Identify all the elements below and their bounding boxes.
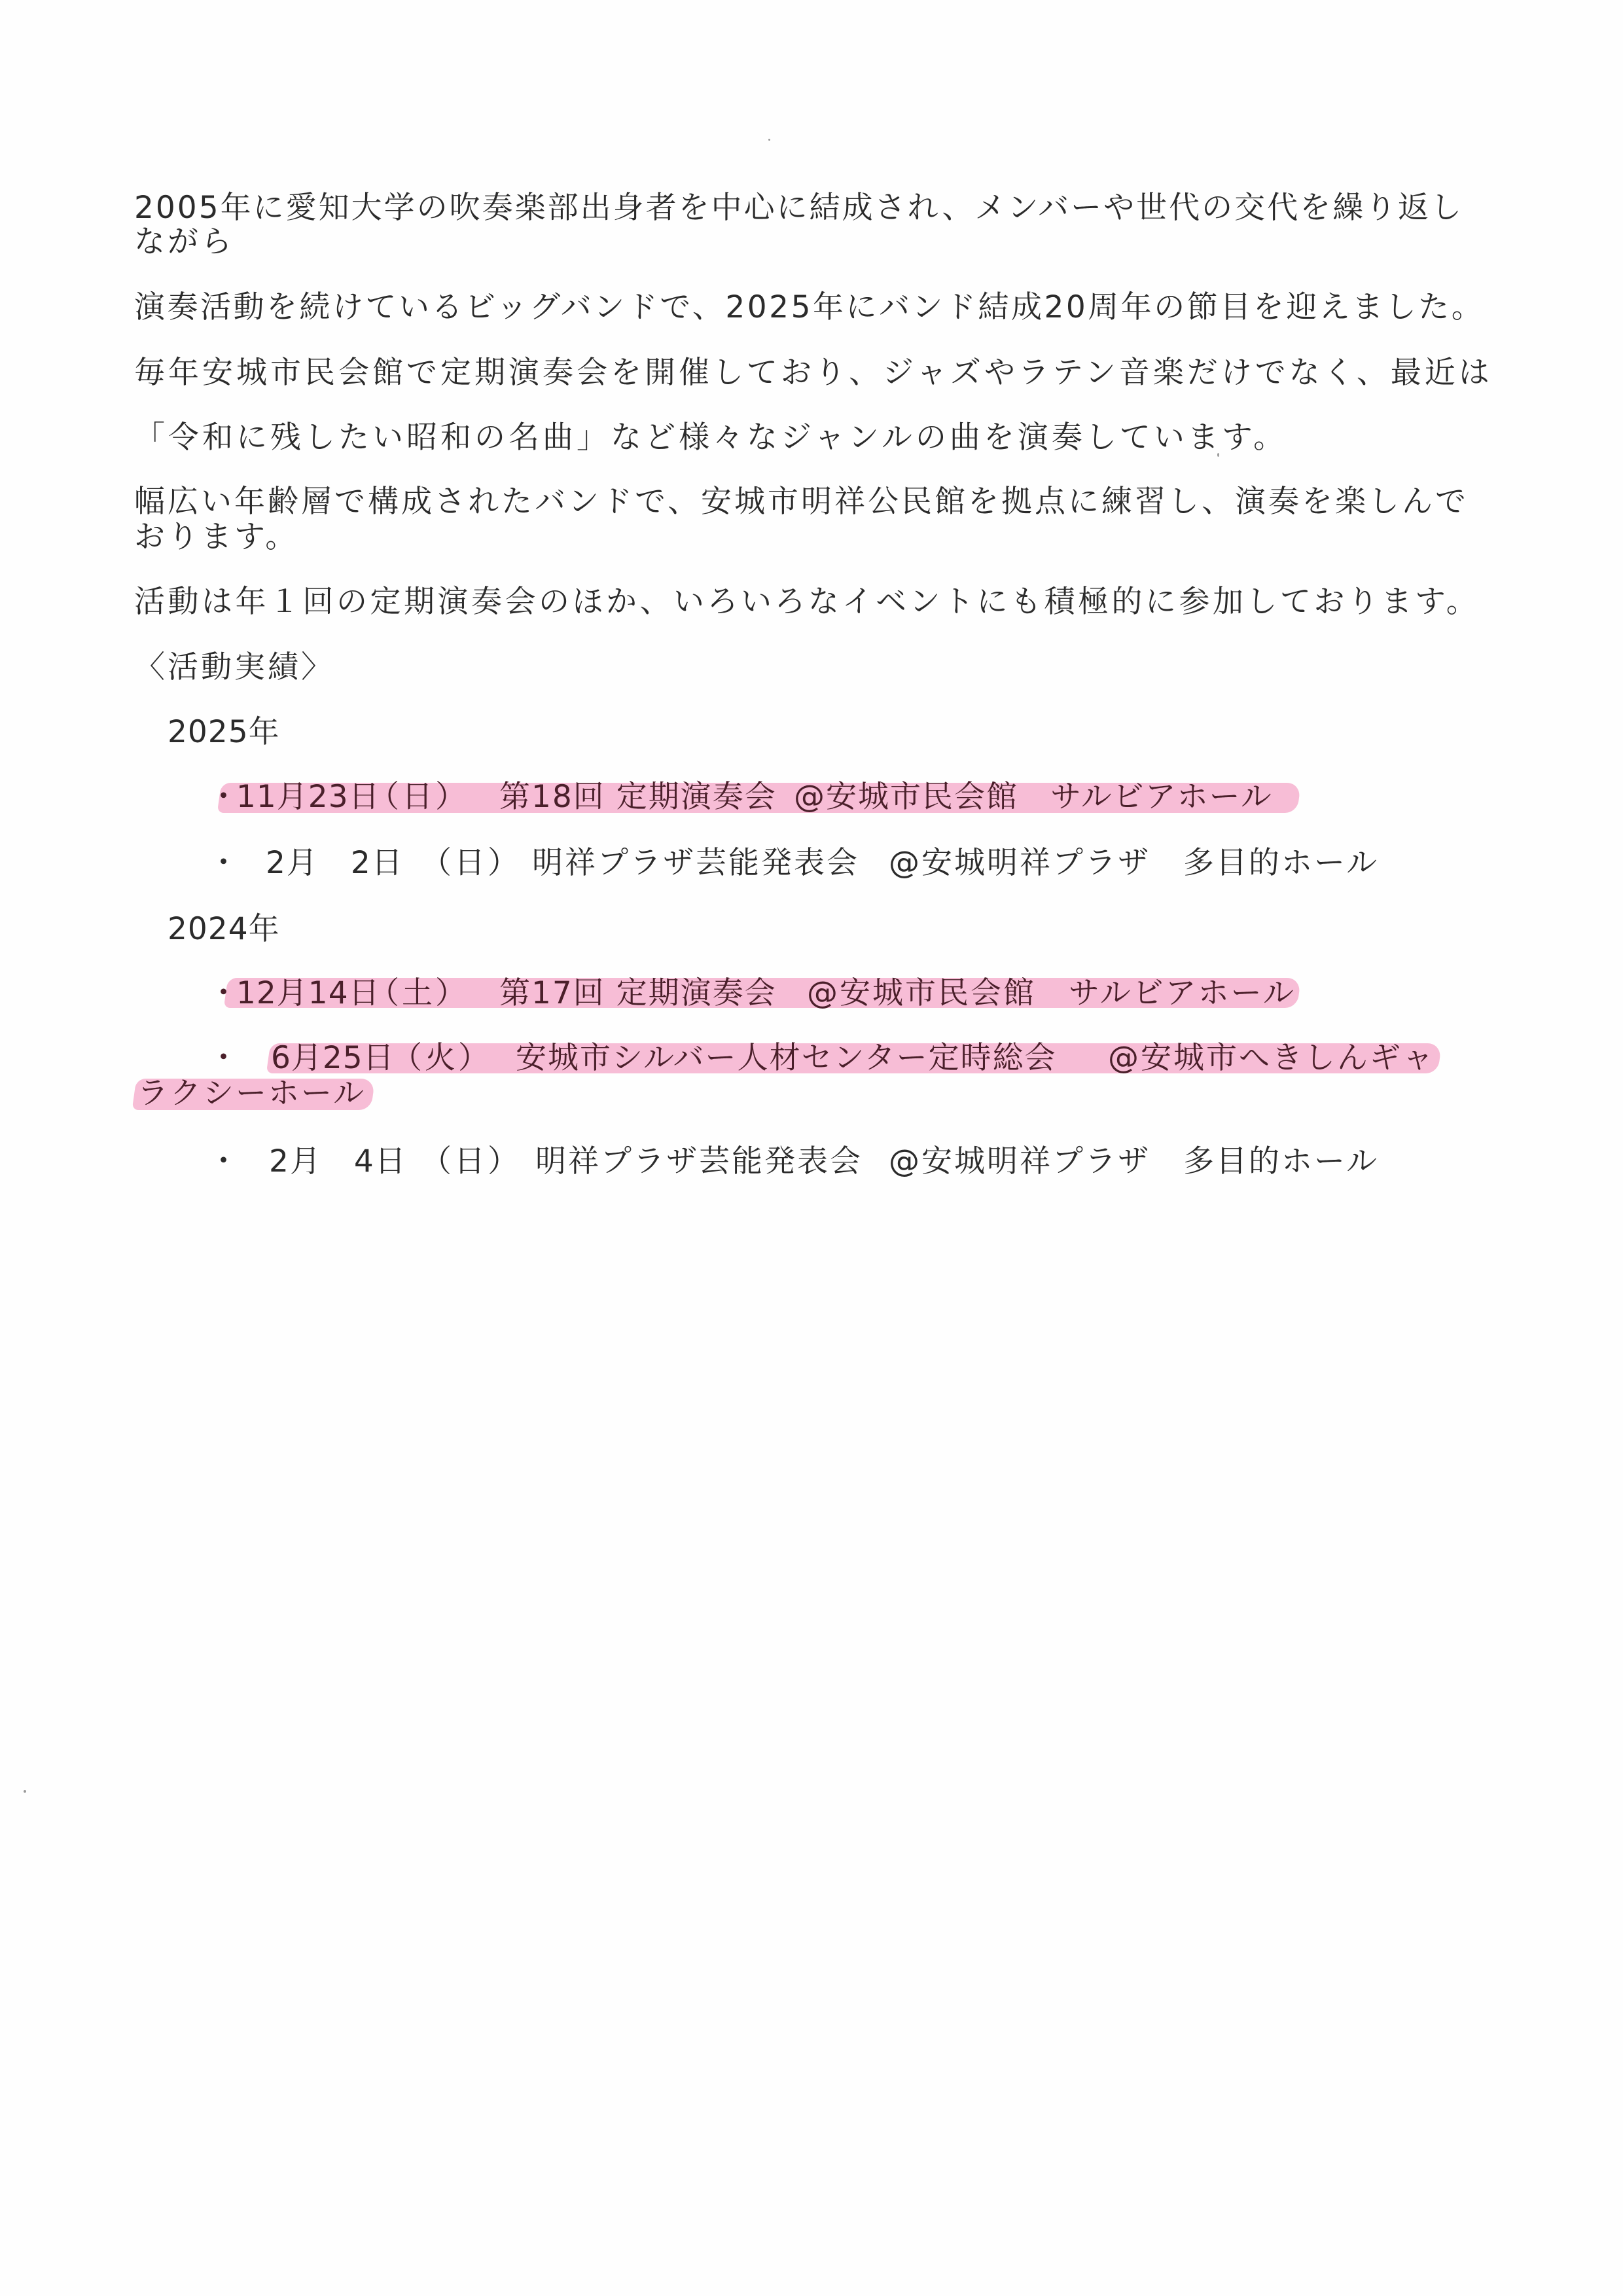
event-venue-continued: ラクシーホール <box>137 1075 366 1112</box>
event-title: 安城市シルバー人材センター定時総会 <box>516 1040 1057 1077</box>
event-venue: @安城市へきしんギャ <box>1108 1040 1435 1077</box>
intro-line-5: 幅広い年齢層で構成されたバンドで、安城市明祥公民館を拠点に練習し、演奏を楽しんで <box>134 484 1469 520</box>
event-row: ・ 2月 4日 （日） 明祥プラザ芸能発表会 @安城明祥プラザ 多目的ホール <box>208 1143 1386 1180</box>
event-title: 第18回 定期演奏会 <box>499 779 777 816</box>
scan-speck <box>1217 453 1219 457</box>
event-weekday: （土） <box>368 975 469 1012</box>
event-venue: @安城明祥プラザ 多目的ホール <box>889 845 1379 882</box>
event-row: ・ 12月14日 （土） 第17回 定期演奏会 @安城市民会館 サルビアホール <box>208 975 1386 1012</box>
event-weekday: （火） <box>391 1040 491 1077</box>
event-title: 第17回 定期演奏会 <box>499 975 777 1012</box>
event-date: 2月 4日 <box>269 1143 407 1180</box>
scanned-page: 2005年に愛知大学の吹奏楽部出身者を中心に結成され、メンバーや世代の交代を繰り… <box>0 0 1623 2296</box>
year-heading-2025: 2025年 <box>168 714 280 751</box>
bullet: ・ <box>208 845 241 882</box>
event-date: 2月 2日 <box>266 845 404 882</box>
event-title: 明祥プラザ芸能発表会 <box>532 845 859 882</box>
event-row: ・ 11月23日 （日） 第18回 定期演奏会 @安城市民会館 サルビアホール <box>208 779 1321 816</box>
event-row: ・ 2月 2日 （日） 明祥プラザ芸能発表会 @安城明祥プラザ 多目的ホール <box>208 845 1386 882</box>
event-venue: @安城明祥プラザ 多目的ホール <box>889 1143 1379 1180</box>
scan-speck <box>768 139 770 141</box>
intro-line-4: 「令和に残したい昭和の名曲」など様々なジャンルの曲を演奏しています。 <box>134 420 1287 456</box>
event-weekday: （日） <box>368 779 469 816</box>
event-venue: @安城市民会館 サルビアホール <box>794 779 1273 816</box>
bullet: ・ <box>208 1040 241 1077</box>
event-venue: @安城市民会館 サルビアホール <box>807 975 1296 1012</box>
event-row: ・ 6月25日 （火） 安城市シルバー人材センター定時総会 @安城市へきしんギャ <box>208 1040 1452 1077</box>
event-weekday: （日） <box>421 1143 521 1180</box>
intro-line-5-cont: おります。 <box>134 519 298 556</box>
event-date: 11月23日 <box>236 779 380 816</box>
event-title: 明祥プラザ芸能発表会 <box>535 1143 863 1180</box>
scan-speck <box>24 1790 26 1793</box>
intro-line-1-cont: ながら <box>134 224 234 260</box>
intro-line-2: 演奏活動を続けているビッグバンドで、2025年にバンド結成20周年の節目を迎えま… <box>134 289 1484 326</box>
intro-line-1: 2005年に愛知大学の吹奏楽部出身者を中心に結成され、メンバーや世代の交代を繰り… <box>134 190 1463 226</box>
year-heading-2024: 2024年 <box>168 911 280 948</box>
achievements-heading: 〈活動実績〉 <box>134 649 334 686</box>
event-date: 6月25日 <box>271 1040 395 1077</box>
event-date: 12月14日 <box>236 975 380 1012</box>
intro-line-3: 毎年安城市民会館で定期演奏会を開催しており、ジャズやラテン音楽だけでなく、最近は <box>134 355 1493 391</box>
bullet: ・ <box>208 1143 241 1180</box>
intro-line-6: 活動は年１回の定期演奏会のほか、いろいろなイベントにも積極的に参加しております。 <box>134 584 1480 620</box>
event-weekday: （日） <box>421 845 521 882</box>
